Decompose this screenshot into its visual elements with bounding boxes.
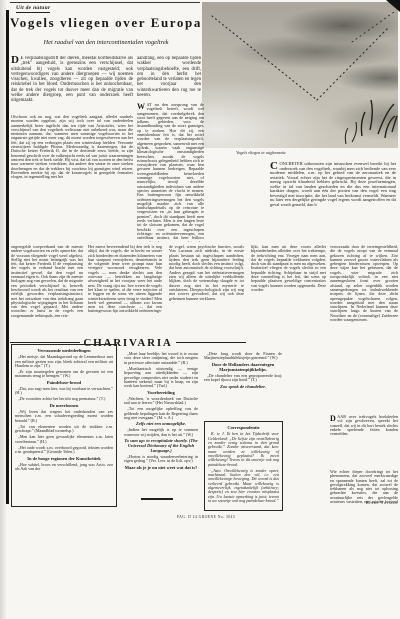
colB-item: „Indien het mogelijk is op te sommen waa… [124, 428, 198, 437]
body-column-1: ongeregelde troepverband van de meeste a… [11, 245, 83, 337]
photo-caption: Vogels vliegen in wigformatie [206, 150, 316, 155]
bird-formation-photo [202, 2, 398, 148]
boxA-heading-3: De meerloonen [15, 404, 113, 409]
wat-column-text: AT nu den oorsprong van de vogeltrek bet… [137, 103, 204, 242]
page-footer: PAG. D 24 GROENE No. 3043 [177, 515, 235, 519]
boxA-item: „Hoe subtiel, broos en verschillend, jon… [15, 463, 113, 472]
colB-heading-4: Maar als je je nu niet weet wat dat is? [124, 466, 198, 471]
top-rule [10, 2, 200, 3]
colB-item: „Horton is noodig waardenverbetering in … [124, 455, 198, 464]
heading-rule-right [176, 342, 246, 343]
boxA-item: „Er zijn maatregelen genomen om de gevar… [15, 370, 113, 379]
initial-w: W [137, 103, 147, 110]
intro-left-text: E verplaatsingsdrift der dieren, meestal… [11, 56, 133, 103]
colB-item: „Wachten, 'n woordenboek om Duitsche taa… [124, 397, 198, 406]
article-subtitle: Het raadsel van den intercontinentalen v… [10, 39, 202, 46]
body-column-5: veroorzaakt door de terreingesteldheid, … [330, 245, 398, 413]
colB-item: „Tot een mogelijke opheffing van de geld… [124, 407, 198, 420]
boxA-item: „Tot van elementen worden uit de stukken… [15, 425, 113, 434]
heading-rule-left [10, 342, 80, 343]
correspondence-paragraph: „Asto. Onwillekeurig is zonder opzet, ma… [208, 469, 279, 504]
concreter-column: CONCRETER uitkomsten zijn intusschen eve… [270, 162, 396, 242]
colC-item: „Deze brug wordt door de Finnen de Marji… [204, 352, 282, 361]
closing-paragraph-text: AAR over trekvogels boekdeelen vol zijn … [330, 415, 398, 436]
boxA-heading-2: Paindeluxe-brood [15, 381, 113, 386]
boxA-heading-4: In de hooge regionen der Kunstkritiek [15, 457, 113, 462]
wat-column: WAT nu den oorsprong van de vogeltrek be… [137, 103, 204, 242]
closing-paragraph: DAAR over trekvogels boekdeelen vol zijn… [330, 415, 398, 470]
colC-heading-1: Door de Hollanders daarentegen Marjunsta… [204, 363, 282, 373]
correspondence-paragraph: K. te J. Ik ben in het Tijdschrift voor … [208, 432, 279, 467]
colC-item: „De chandelier van een geproponeerde kra… [204, 374, 282, 383]
boxA-item: „Het oude wordt z.m. overboord gegooid, … [15, 446, 113, 455]
body-column-4: lijkt, kan men uit deze voorts allerlei … [251, 245, 326, 337]
bird-v-formation-graphic [202, 2, 398, 148]
colB-heading-1: Voorbereiding [124, 391, 198, 396]
final-paragraph: Wie echter dieper doordringt tot het phe… [330, 470, 398, 504]
body-column-2: Het meest bevreemdend bij den trek is no… [88, 245, 162, 337]
intro-column-right: aandrang, een op bepaalde tijden wakker … [137, 56, 201, 102]
boxA-item: „Wij lezen dat wegens het onderhouden va… [15, 410, 113, 423]
colC-heading-2: Zoo sprak de chandelier. [204, 385, 282, 390]
colB-item: „Muzikantisch uitstondig — eenige beprov… [124, 367, 198, 389]
scan-edge-bar [6, 10, 9, 504]
correspondence-box: Correspondentie K. te J. Ik ben in het T… [204, 421, 283, 511]
surprising-announcements-box: Verrassende mededeelingen „Het meisje, d… [11, 344, 117, 507]
charivaria-column-b: „Moet haar beeldje; het woord is te zwaa… [124, 352, 198, 502]
author-signature: Rinke Tolman [330, 500, 398, 505]
boxA-item: „Dat, zoo zegt men hier, was bij voorbaa… [15, 387, 113, 396]
colB-item: „Moet haar beeldje; het woord is te zwaa… [124, 352, 198, 365]
intro-column-left: DE verplaatsingsdrift der dieren, meesta… [11, 56, 133, 114]
boxA-item: „Men kan hier geen gevaarlijke elementen… [15, 435, 113, 444]
column-b-end-rule [141, 498, 173, 500]
column-left-continuation: Ofschoon ook nu nog, wat den vogeltrek a… [11, 115, 133, 239]
boxA-item: „De voorzitter achtte het bericht nog pr… [15, 397, 113, 401]
concreter-text: ONCRETER uitkomsten zijn intusschen even… [270, 162, 396, 207]
article-title: Vogels vliegen over Europa [10, 15, 202, 31]
newspaper-page: Uit de natuur Vogels vliegen over Europa… [0, 0, 400, 619]
boxA-item: „Het meisje, dat Maandagavond op de Lemm… [15, 355, 113, 368]
colB-heading-3: To sum up: to recapitulate shortly. (The… [124, 439, 198, 453]
charivaria-column-c: „Deze brug wordt door de Finnen de Marji… [204, 352, 282, 420]
body-column-3: de vogel, wiens psychische functies, zoo… [169, 245, 244, 337]
section-kicker: Uit de natuur [16, 5, 50, 13]
